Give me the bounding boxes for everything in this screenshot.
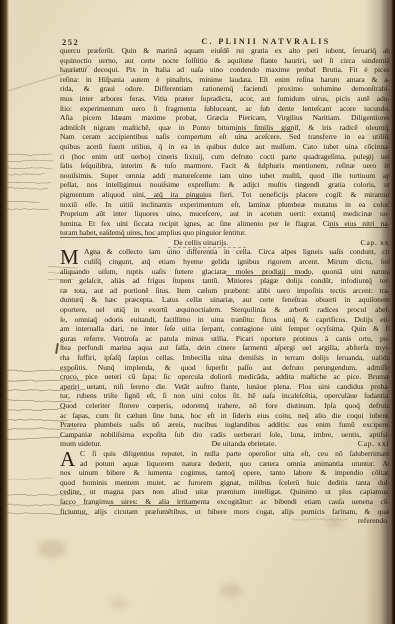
- text-line: pellat, nos intelligimus nouiſsime expre…: [60, 180, 390, 190]
- marginalia-faint-jotting: [8, 475, 56, 485]
- pen-tick-mark: [55, 343, 59, 354]
- text-line: ſtio: experimentum uero ſi fragmenta ſub…: [60, 104, 390, 114]
- text-line: quibus acetū fuerit utilius, q̄ in ea in…: [60, 142, 390, 152]
- text-line: ri (hoc enim utit̄ uerbo) cineris lixiui…: [60, 152, 390, 162]
- text-line: aperiri uetant, niſi ſereno die. Vetāt a…: [60, 382, 390, 392]
- text-line: oportere, uel utiq̄ in exortū æquinoctia…: [60, 305, 390, 315]
- text-line: mus inter arbores feras. Vitia præter ſu…: [60, 94, 390, 104]
- text-line: cedine, ut magna pars non aliud uitæ præ…: [60, 487, 390, 497]
- text-line: Aſia picem Idæam maxime probat, Græcia P…: [60, 113, 390, 123]
- text-line: noxiū eſſe. In uitiū inclinantis experim…: [60, 200, 390, 210]
- reader-underline: [146, 198, 206, 199]
- paragraph-2: M Agna & collecto iam uino differentia i…: [60, 247, 390, 439]
- marginalia-note-mid-left: [48, 263, 84, 285]
- drop-cap-A: A: [60, 450, 75, 469]
- reader-underline: [329, 227, 389, 228]
- text-line: Proprium aūt inter liquores uino, muceſc…: [60, 209, 390, 219]
- marginalia-note-upper-left-2: [4, 198, 54, 216]
- text-line: tur, rubens triſte ſignū eſt, ſi non uin…: [60, 391, 390, 401]
- marginalia-note-lower-left-block: [3, 366, 91, 450]
- chapter-number: Cap. xxi: [358, 439, 389, 449]
- chapter-heading-2: mum uidetur. De uitanda ebrietate. Cap. …: [60, 439, 390, 449]
- text-line: ræ tota, aut ad portionē ſitus. Item cæl…: [60, 286, 390, 296]
- text-line: quod hominis mentem mutet, ac furorem gi…: [60, 478, 390, 488]
- paper-stain: [220, 583, 242, 598]
- reader-underline: [226, 275, 310, 276]
- text-line: ęquinoctio uerno, aut certe nocte ſolſti…: [60, 56, 390, 66]
- marginalia-note-bottom-left: [2, 491, 106, 523]
- page-edge-left: [0, 0, 9, 624]
- running-header-title: C. PLINII NATVRALIS: [166, 37, 366, 46]
- marginalia-note-upper-left: [4, 152, 60, 194]
- scanned-book-photo: { "page": { "number": "252", "running_he…: [0, 0, 395, 624]
- text-line: ſe, omniaq̄ odoris euitandi, facillimo i…: [60, 315, 390, 325]
- text-line: expoſitis. Nunq̄ implenda, & quod ſuperſ…: [60, 363, 390, 373]
- text-line: admiſcēt nigram maſtichē, quæ in Ponto b…: [60, 123, 390, 133]
- text-line: ſalis ſeſquilibra, interim & tuſo marmor…: [60, 161, 390, 171]
- text-line: Nam ceram accipientibus uaſis compertum …: [60, 132, 390, 142]
- text-line: quercu præferūt. Quin & marinā aquam eiu…: [60, 46, 390, 56]
- chapter-number: Cap. xx: [361, 238, 389, 248]
- text-line: Quod celeriter florere cœperis, odoremq̄…: [60, 401, 390, 411]
- paper-stain: [110, 598, 128, 609]
- text-line: non gelaſcit, aliàs ad frigus ſtupens ta…: [60, 276, 390, 286]
- text-line: ad potum aquæ liquorem natura dederit, q…: [80, 459, 390, 469]
- text-line: ac ſapas, cum ſit cælum ſine luna, hoc e…: [60, 411, 390, 421]
- text-line: hauriatur decoqui. Pix in Italia ad uaſa…: [60, 65, 390, 75]
- chapter-title: De uitanda ebrietate.: [152, 439, 336, 449]
- paper-stain: [38, 540, 66, 558]
- text-line: dunturq̄ & hæc præcepta. Latus cellæ uin…: [60, 295, 390, 305]
- reader-underline: [109, 505, 197, 506]
- reader-underline: [60, 237, 158, 238]
- text-line: rida, & graui odore. Differentiam ration…: [60, 84, 390, 94]
- text-line: C ſi quis diligentius reputet, in nulla …: [80, 449, 390, 459]
- paragraph-3: A C ſi quis diligentius reputet, in null…: [60, 449, 390, 516]
- text-line: nos uinum bibere & iumenta cogimus, tant…: [60, 468, 390, 478]
- text-line: culiſq̄ cingunt, atq̄ etiam hyeme gelida…: [84, 257, 390, 267]
- book-page: 252 C. PLINII NATVRALIS quercu præferūt.…: [0, 0, 395, 624]
- text-line: guras referre. Ventroſa ac patula minus …: [60, 334, 390, 344]
- text-line: ſtea perfundi marina aqua aut ſalſa, dei…: [60, 343, 390, 353]
- text-line: rha ſuffiri, ipſaſq̄ ſæpius cellas. Imbe…: [60, 353, 390, 363]
- text-line: croco, pice ueteri cū ſapa: ſic opercula…: [60, 372, 390, 382]
- text-line: reſina: in Hiſpania autem è pinaſtris, m…: [60, 75, 390, 85]
- text-column: quercu præferūt. Quin & marinā aquam eiu…: [60, 46, 390, 526]
- text-line: am interualla dari, ne inter ſeſe uitia …: [60, 324, 390, 334]
- text-line: Præterea plumbeis uaſis nō æreis, nucibu…: [60, 420, 390, 430]
- reader-underline: [236, 131, 293, 132]
- text-line: aliquando uiſum, ruptis uaſis ſtetere gl…: [60, 267, 390, 277]
- reader-underline: [168, 247, 246, 248]
- text-line: Campaniæ nobiliſsima expoſita ſub dio ca…: [60, 430, 390, 440]
- marginalia-ghost-smudge: [292, 514, 352, 526]
- text-line: pigmentum aliquod uini, atq̄ ita pinguiu…: [60, 190, 390, 200]
- text-line: nouiſsimis. Super omnia addi matureſcent…: [60, 171, 390, 181]
- paragraph-1: quercu præferūt. Quin & marinā aquam eiu…: [60, 46, 390, 238]
- text-line: Agna & collecto iam uino differentia in …: [84, 247, 390, 257]
